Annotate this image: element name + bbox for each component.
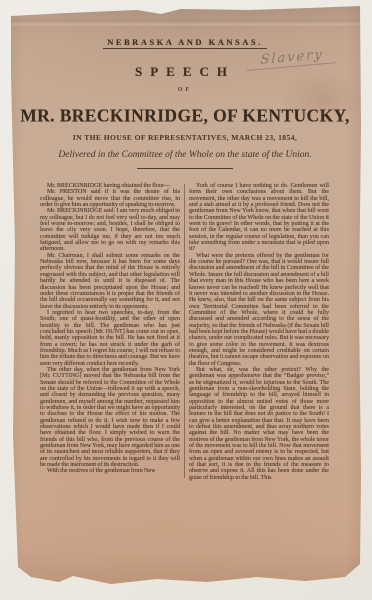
delivery-line: Delivered in the Committee of the Whole … [9, 150, 361, 160]
paragraph: I regretted to hear two speeches, to-day… [40, 310, 180, 367]
series-title: NEBRASKA AND KANSAS. [103, 37, 267, 49]
pamphlet-page: Slavery NEBRASKA AND KANSAS. SPEECH OF M… [9, 6, 361, 586]
column-rule [184, 184, 185, 478]
pamphlet-header: NEBRASKA AND KANSAS. SPEECH OF MR. BRECK… [9, 6, 361, 169]
left-column: Mr. BRECKINRIDGE having obtained the flo… [40, 183, 180, 481]
header-divider-rule [137, 168, 233, 169]
venue-line: IN THE HOUSE OF REPRESENTATIVES, MARCH 2… [9, 134, 361, 142]
paragraph: But what, sir, was the other pretext? Wh… [189, 367, 329, 481]
paragraph: Mr. Chairman, I shall submit some remark… [40, 253, 180, 310]
speech-label: SPEECH [9, 65, 361, 78]
paragraph: York of course I have nothing to do. Gen… [189, 183, 329, 253]
paragraph: With the motives of the gentleman from N… [40, 468, 180, 474]
paragraph: Mr. BRECKINRIDGE said: I am very much ob… [40, 208, 180, 252]
paragraph: The other day, when the gentleman from N… [40, 367, 180, 469]
right-column: York of course I have nothing to do. Gen… [189, 183, 329, 481]
series-title-wrap: NEBRASKA AND KANSAS. [9, 32, 361, 65]
speaker-title: MR. BRECKINRIDGE, OF KENTUCKY, [9, 105, 361, 126]
body-columns: Mr. BRECKINRIDGE having obtained the flo… [40, 183, 330, 481]
of-label: OF [9, 87, 361, 93]
paragraph: What were the pretexts offered by the ge… [189, 253, 329, 367]
paragraph: Mr. PRESTON said if it was the desire of… [40, 189, 180, 208]
